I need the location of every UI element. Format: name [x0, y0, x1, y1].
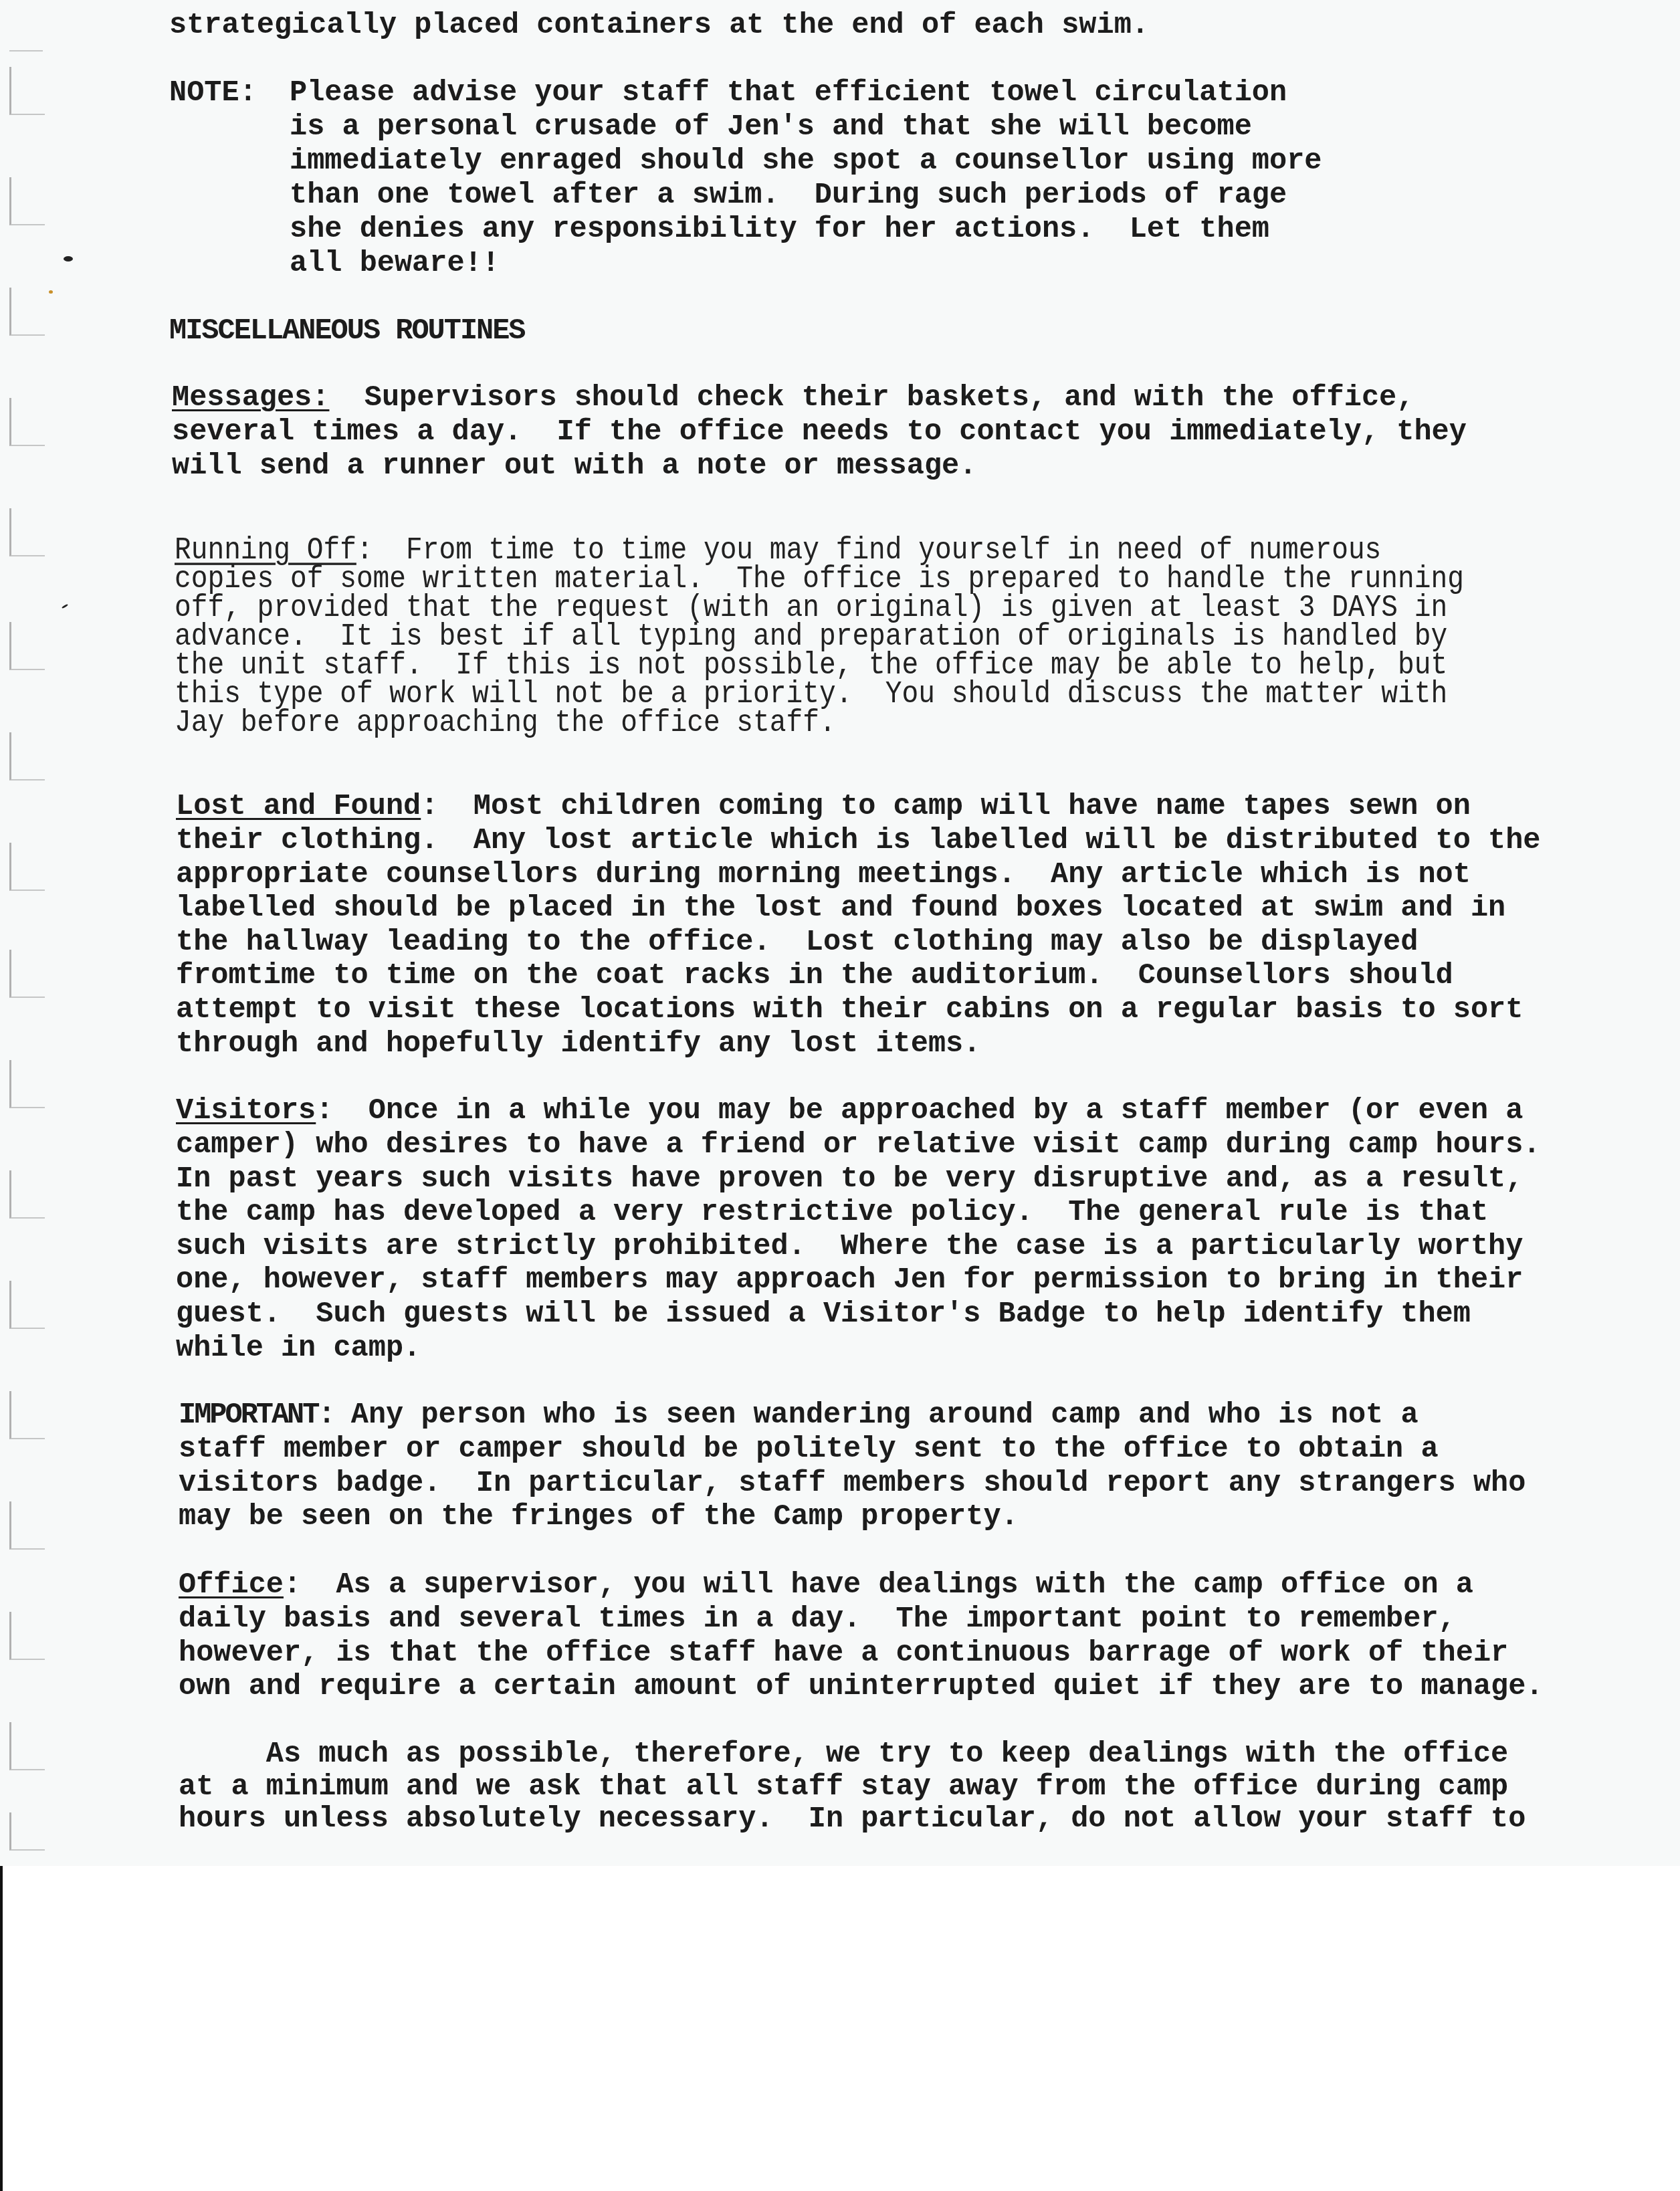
important-label: IMPORTANT:: [179, 1399, 334, 1432]
text-line: Please advise your staff that efficient …: [290, 76, 1287, 110]
scan-speck: [62, 604, 68, 609]
binder-mark: [9, 288, 45, 336]
text-line: guest. Such guests will be issued a Visi…: [176, 1297, 1471, 1332]
text-line: hours unless absolutely necessary. In pa…: [179, 1802, 1526, 1837]
binder-mark: [9, 1722, 45, 1770]
text-line: own and require a certain amount of unin…: [179, 1670, 1544, 1704]
text-line: staff member or camper should be politel…: [179, 1433, 1439, 1467]
text-line: Jay before approaching the office staff.: [175, 708, 836, 740]
binder-mark: [9, 1170, 45, 1219]
binder-mark: [9, 1060, 45, 1108]
visitors-label: Visitors: [176, 1095, 316, 1128]
text-line: the hallway leading to the office. Lost …: [176, 926, 1418, 960]
text-line: however, is that the office staff have a…: [179, 1637, 1508, 1671]
binder-mark: [9, 177, 45, 225]
text-line: attempt to visit these locations with th…: [176, 993, 1523, 1027]
visitors-paragraph: Visitors: Once in a while you may be app…: [176, 1094, 1523, 1128]
text-line: such visits are strictly prohibited. Whe…: [176, 1230, 1523, 1264]
text-line: visitors badge. In particular, staff mem…: [179, 1467, 1526, 1501]
text-line: through and hopefully identify any lost …: [176, 1027, 980, 1061]
scanned-page: strategically placed containers at the e…: [0, 0, 1680, 1866]
note-label: NOTE:: [169, 76, 257, 110]
office-label: Office: [179, 1569, 284, 1602]
text-line: their clothing. Any lost article which i…: [176, 824, 1541, 858]
text-line: immediately enraged should she spot a co…: [290, 144, 1322, 179]
text-line: at a minimum and we ask that all staff s…: [179, 1770, 1508, 1804]
lost-found-label: Lost and Found: [176, 791, 421, 823]
text-line: is a personal crusade of Jen's and that …: [290, 110, 1252, 144]
text-line: than one towel after a swim. During such…: [290, 179, 1287, 213]
messages-line: will send a runner out with a note or me…: [172, 449, 976, 484]
important-paragraph: IMPORTANT: Any person who is seen wander…: [179, 1398, 1419, 1433]
binder-mark: [9, 23, 43, 51]
section-heading: MISCELLANEOUS ROUTINES: [169, 314, 525, 348]
scan-speck: [49, 290, 53, 294]
binder-mark: [9, 1391, 45, 1439]
messages-label: Messages:: [172, 382, 329, 415]
text-line: one, however, staff members may approach…: [176, 1263, 1523, 1297]
text-line: the camp has developed a very restrictiv…: [176, 1196, 1488, 1230]
text-line: In past years such visits have proven to…: [176, 1162, 1523, 1196]
messages-paragraph: Messages: Supervisors should check their…: [172, 381, 1414, 415]
opening-line: strategically placed containers at the e…: [169, 9, 1149, 43]
office-paragraph: Office: As a supervisor, you will have d…: [179, 1568, 1473, 1602]
text-line: may be seen on the fringes of the Camp p…: [179, 1500, 1019, 1534]
binder-mark: [9, 950, 45, 998]
binder-mark: [9, 1812, 45, 1851]
binder-mark: [9, 1612, 45, 1660]
binder-mark: [9, 67, 45, 115]
text-line: she denies any responsibility for her ac…: [290, 213, 1269, 247]
text-line: As much as possible, therefore, we try t…: [179, 1738, 1508, 1772]
text-line: appropriate counsellors during morning m…: [176, 858, 1471, 892]
text-line: daily basis and several times in a day. …: [179, 1602, 1456, 1637]
binder-mark: [9, 732, 45, 780]
binder-mark: [9, 398, 45, 446]
lost-found-paragraph: Lost and Found: Most children coming to …: [176, 790, 1471, 824]
scanner-edge: [0, 1866, 3, 2191]
binder-mark: [9, 508, 45, 556]
binder-mark: [9, 622, 45, 670]
text-line: fromtime to time on the coat racks in th…: [176, 959, 1453, 993]
text-line: labelled should be placed in the lost an…: [176, 892, 1505, 926]
text-line: while in camp.: [176, 1332, 421, 1366]
text-line: camper) who desires to have a friend or …: [176, 1128, 1541, 1162]
text-line: all beware!!: [290, 247, 500, 281]
binder-mark: [9, 1501, 45, 1550]
binder-mark: [9, 843, 45, 891]
messages-line: several times a day. If the office needs…: [172, 415, 1467, 449]
scan-speck: [64, 256, 73, 262]
binder-mark: [9, 1281, 45, 1329]
